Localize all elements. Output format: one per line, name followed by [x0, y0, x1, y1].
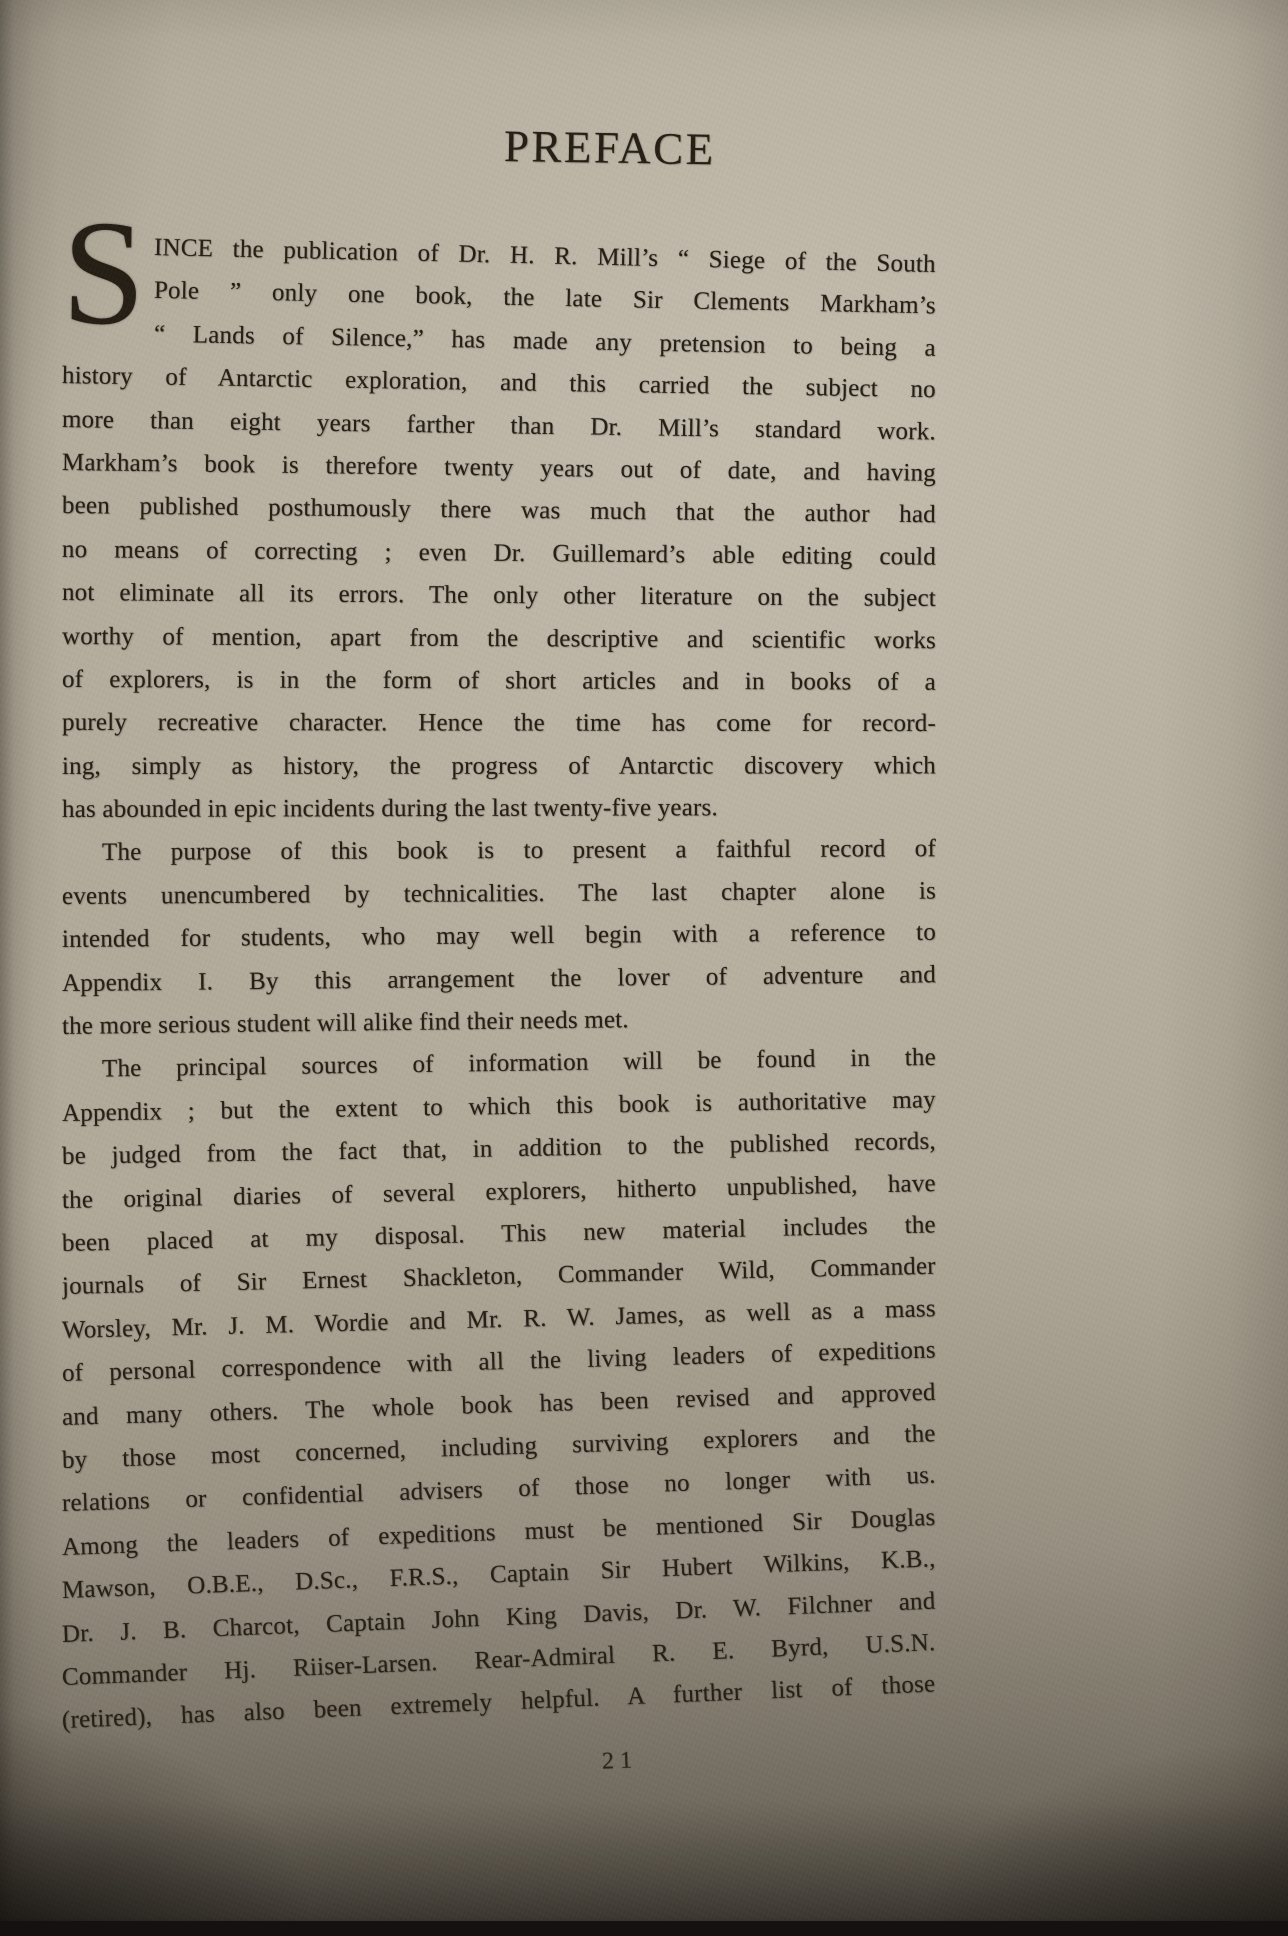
text-line: ing, simply as history, the progress of …	[62, 744, 936, 788]
page-title: PREFACE	[504, 120, 717, 175]
book-page-photo: PREFACE SINCE the publication of Dr. H. …	[0, 0, 1288, 1936]
text-line: not eliminate all its errors. The only o…	[62, 571, 936, 620]
text-line: of explorers, is in the form of short ar…	[62, 658, 936, 704]
page-body: SINCE the publication of Dr. H. R. Mill’…	[62, 224, 936, 1743]
text-line: worthy of mention, apart from the descri…	[62, 615, 936, 663]
text-line: has abounded in epic incidents during th…	[62, 786, 936, 832]
photo-bottom-edge	[0, 1921, 1288, 1936]
text-line: The purpose of this book is to present a…	[62, 828, 936, 875]
page-number: 21	[602, 1747, 639, 1775]
text-line: purely recreative character. Hence the t…	[62, 701, 936, 745]
